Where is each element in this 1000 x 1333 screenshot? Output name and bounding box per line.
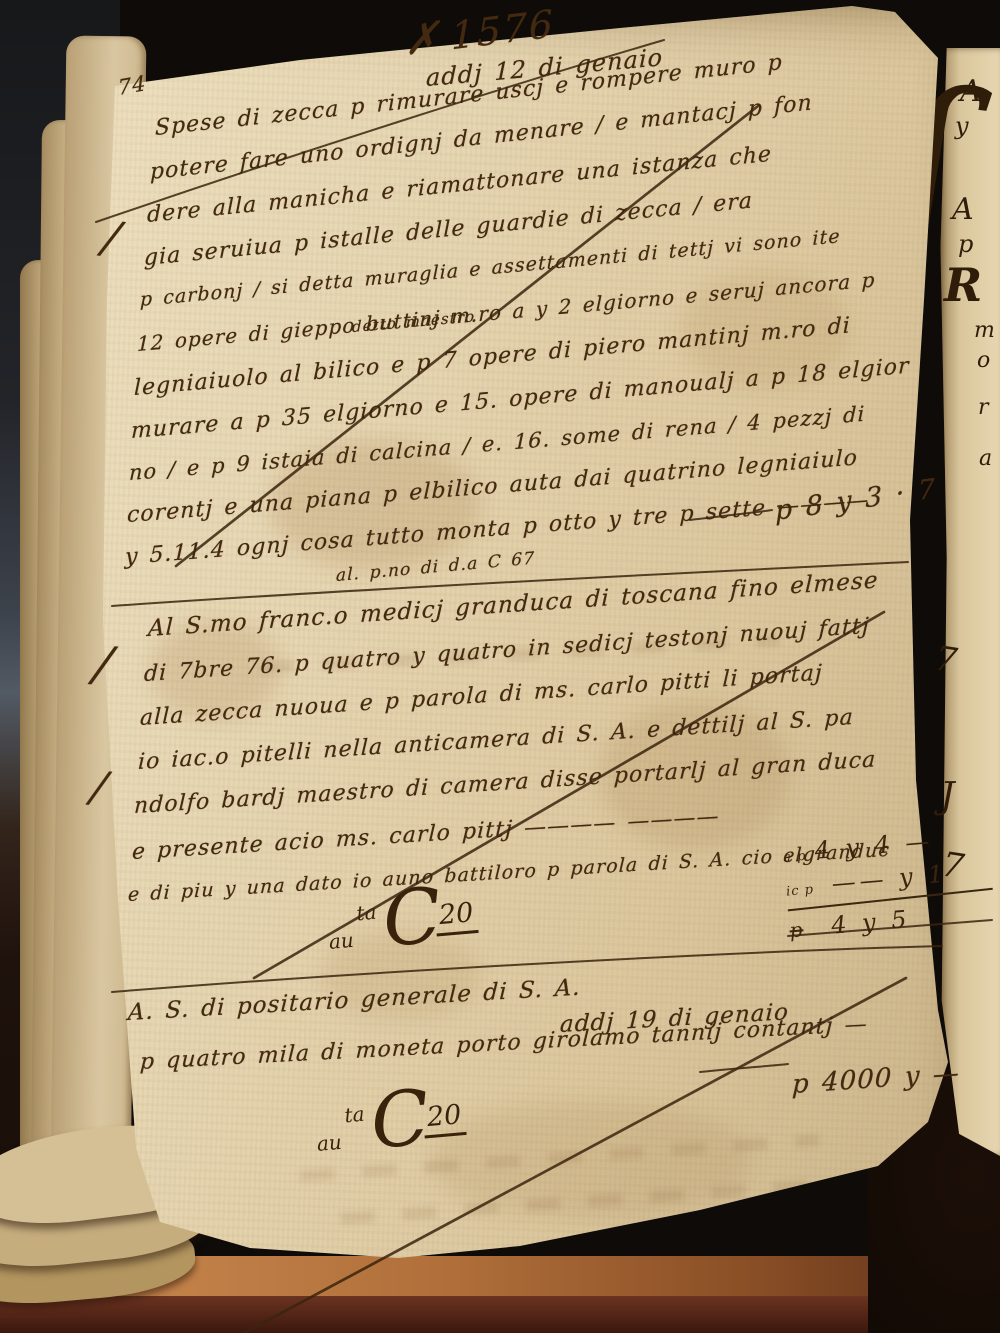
edge-letter-fragment: m <box>974 318 995 343</box>
edge-letter-fragment: o <box>977 348 990 373</box>
manuscript-page <box>0 0 1000 1333</box>
paper-stain <box>320 930 480 1020</box>
edge-letter-fragment: A <box>960 74 982 109</box>
table-front-edge <box>0 1296 1000 1333</box>
edge-letter-fragment: r <box>978 395 989 420</box>
paper-stain <box>680 270 850 390</box>
edge-letter-fragment: p <box>958 230 973 258</box>
edge-letter-fragment: y <box>955 112 969 140</box>
edge-letter-fragment: A <box>952 192 974 227</box>
paper-stain <box>600 700 790 850</box>
edge-letter-fragment: R <box>944 258 982 312</box>
edge-letter-fragment: a <box>979 446 992 471</box>
edge-letter-fragment: J <box>940 776 954 817</box>
paper-stain <box>270 440 480 570</box>
ink-bleedthrough <box>260 634 780 673</box>
manuscript-photo: ʃ A y A p R m o r a 7 J 7 74 ✗1576 addj … <box>0 0 1000 1333</box>
